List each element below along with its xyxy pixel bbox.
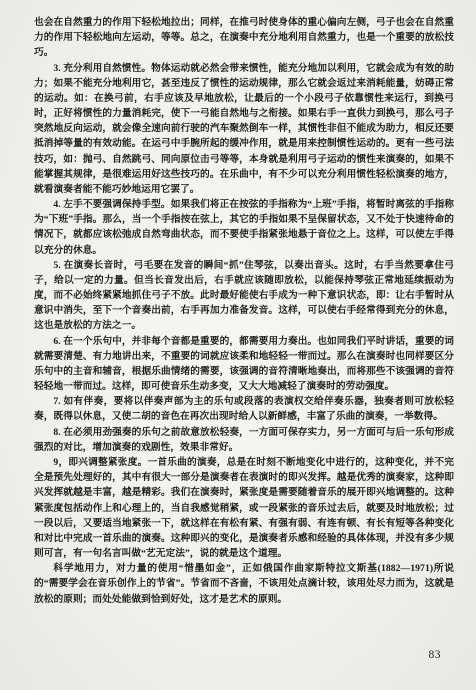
- paragraph: 3. 充分利用自然惯性。物体运动就必然会带来惯性，能充分地加以利用，它就会成为有…: [34, 61, 454, 198]
- paragraph: 也会在自然重力的作用下轻松地拉出；同样，在推弓时使身体的重心偏向左侧，弓子也会在…: [34, 15, 454, 61]
- paragraph: 5. 在演奏长音时，弓毛要在发音的瞬间“抓”住琴弦，以奏出音头。这时，右手当然要…: [34, 258, 454, 334]
- paragraph: 7. 如有伴奏，要将以伴奏声部为主的乐句或段落的表演权交给伴奏乐器，独奏者则可放…: [34, 394, 454, 424]
- paragraph: 6. 在一个乐句中，并非每个音都是重要的，都需要用力奏出。也如同我们平时讲话，重…: [34, 334, 454, 395]
- book-page-text: 也会在自然重力的作用下轻松地拉出；同样，在推弓时使身体的重心偏向左侧，弓子也会在…: [34, 15, 454, 607]
- page-number: 83: [429, 649, 442, 661]
- paragraph: 4. 左手不要强调保持手型。如果我们将正在按弦的手指称为“上班”手指，将暂时离弦…: [34, 197, 454, 258]
- paragraph: 8. 在必须用劲强奏的乐句之前故意放松轻奏，一方面可保存实力，另一方面可与后一乐…: [34, 425, 454, 455]
- paragraph: 科学地用力，对力量的使用“惜墨如金”，正如俄国作曲家斯特拉文斯基(1882—19…: [34, 561, 454, 607]
- paragraph: 9，即兴调整紧张度。一首乐曲的演奏，总是在时刻不断地变化中进行的，这种变化，并不…: [34, 455, 454, 561]
